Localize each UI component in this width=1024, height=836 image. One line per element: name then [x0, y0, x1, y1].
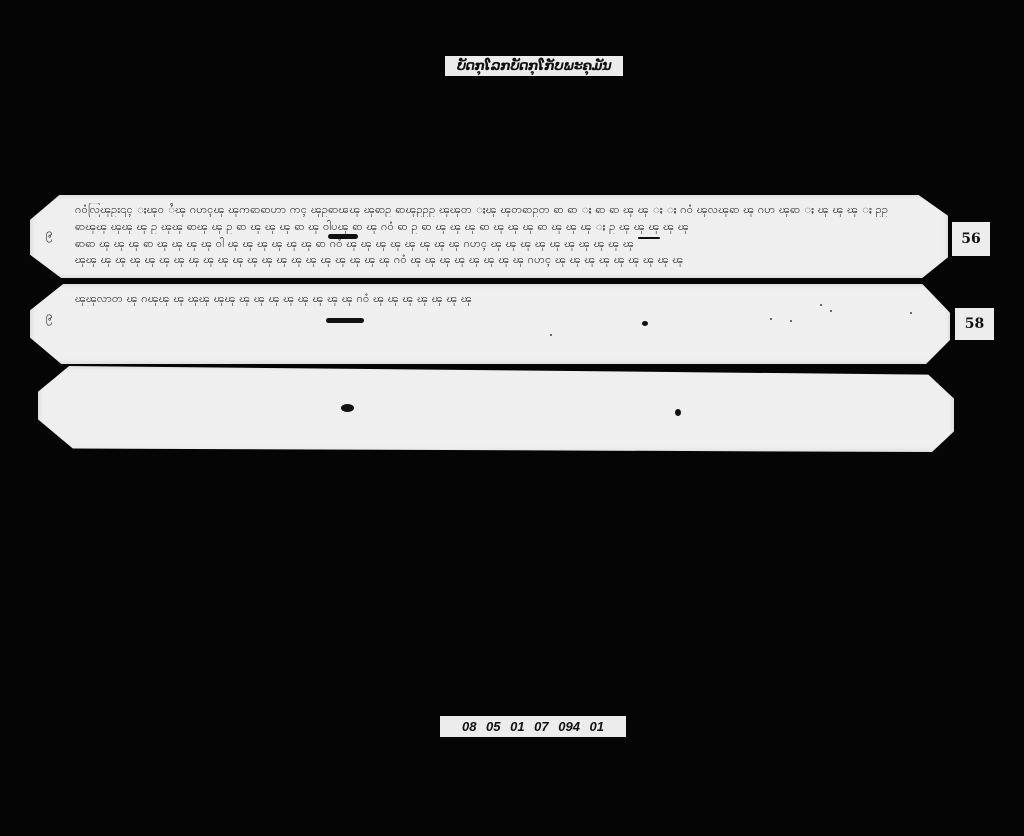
palm-leaf-2: ၉ ၾၾလာတ ၾ ဂၾၾ ၾ ၾၾ ၾၾ ၾ ၾ ၾ ၾ ၾ ၾ ၾ ၾ ဂဝ…: [30, 284, 950, 364]
archive-code-label: 08 05 01 07 094 01: [440, 716, 626, 737]
manuscript-line: ၹၹ ၾ ၾ ၾ ၹ ၾ ၾ ၾ ၾ ဝါ ၾ ၾ ၾ ၾ ၾ ၾ ၹ ဂဝံ …: [75, 237, 924, 251]
page-tag: 58: [955, 308, 994, 340]
string-hole-mark: [326, 318, 364, 323]
manuscript-line: ဂဝံလြၾဥး၎ၚ ႏၾဝ ႆၾ ဂ​ဟ​ၚၾ ၾကၹၹဟာ ကၚ ၾဥၹၽၾ…: [75, 203, 924, 217]
page-tag: 56: [952, 222, 990, 256]
leaf-number-mark: ၉: [46, 225, 53, 243]
string-hole-mark: [328, 234, 358, 239]
string-hole-mark: [638, 237, 660, 239]
leaf-number-mark: ၉: [46, 308, 53, 326]
manuscript-line: ၹၾၾ ၾၾ ၾ ဥ ၾၾ ၹၾ ၾ ဥ ၹ ၾ ၾ ၾ ၹ ၾ ဝါပၾ ၹ …: [75, 220, 924, 234]
palm-leaf-3-blank: [38, 366, 954, 452]
string-hole: [642, 321, 648, 326]
document-title-label: ບັດກຸໂລກບັດກຸໂກັບພະຄຸມັນ: [445, 56, 623, 76]
manuscript-line: ၾၾလာတ ၾ ဂၾၾ ၾ ၾၾ ၾၾ ၾ ၾ ၾ ၾ ၾ ၾ ၾ ၾ ဂဝံ …: [75, 292, 550, 306]
string-hole: [675, 409, 681, 416]
palm-leaf-1: ၉ ဂဝံလြၾဥး၎ၚ ႏၾဝ ႆၾ ဂ​ဟ​ၚၾ ၾကၹၹဟာ ကၚ ၾဥၹ…: [30, 195, 948, 278]
manuscript-line: ၾၾ ၾ ၾ ၾ ၾ ၾ ၾ ၾ ၾ ၾ ၾ ၾ ၾ ၾ ၾ ၾ ၾ ၾ ၾ ၾ…: [75, 253, 924, 267]
string-hole: [341, 404, 354, 412]
